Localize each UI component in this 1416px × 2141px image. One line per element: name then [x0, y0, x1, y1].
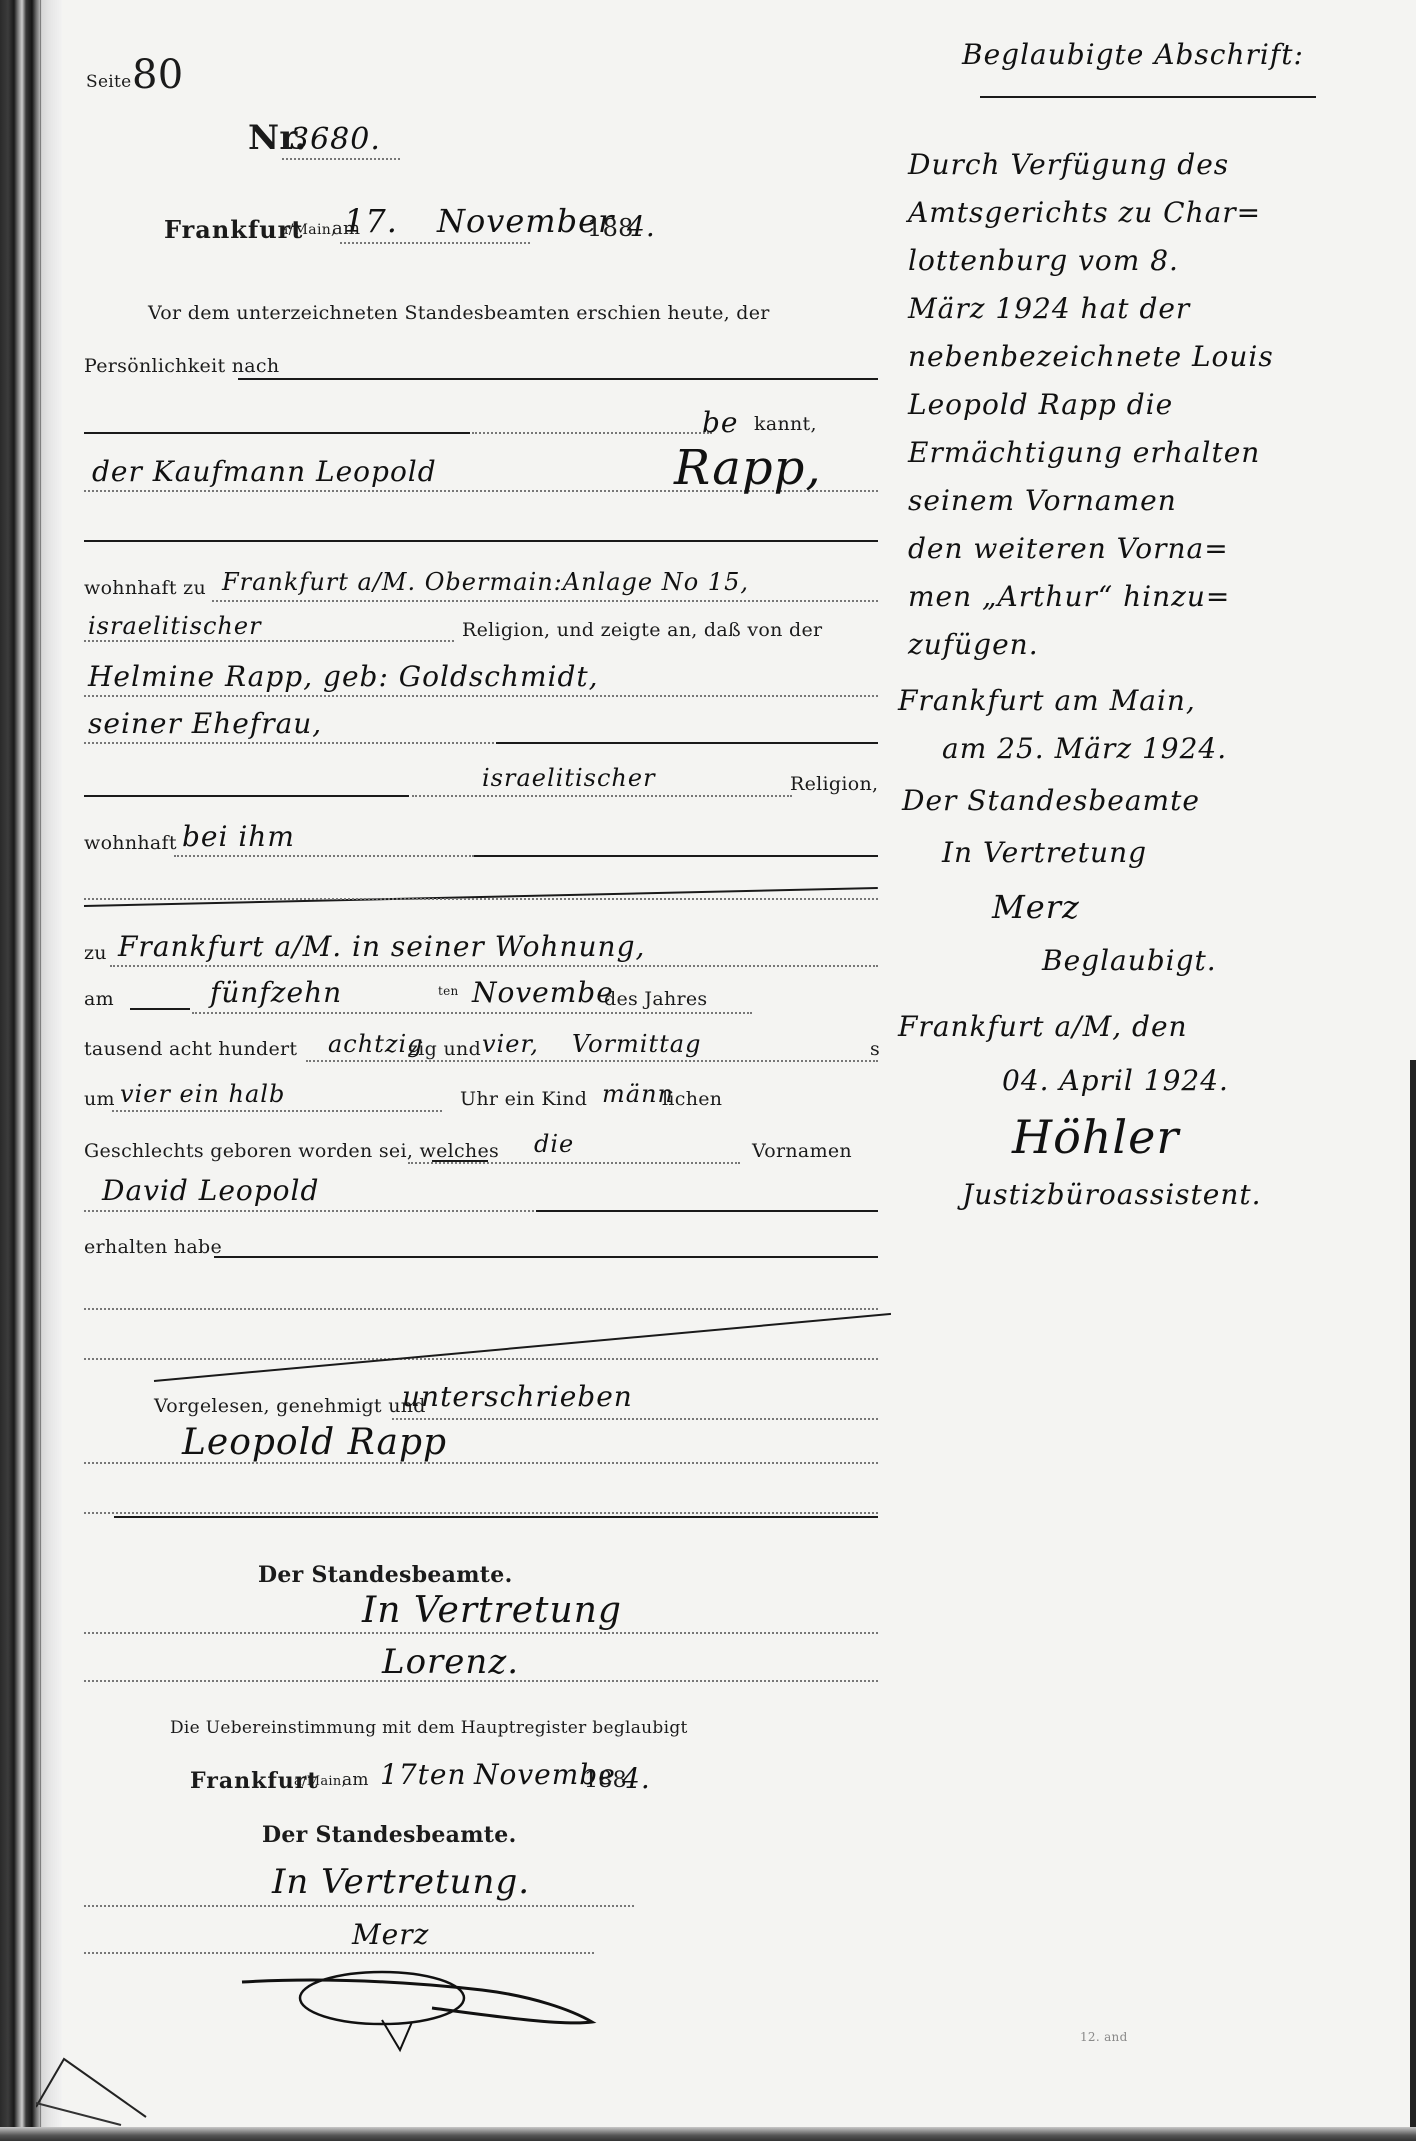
mother-name: Helmine Rapp, geb: Goldschmidt,	[88, 660, 599, 693]
declarant-surname: Rapp,	[674, 440, 822, 496]
religion-declarant: israelitischer	[88, 612, 262, 640]
book-binding	[0, 0, 62, 2141]
bekannt-printed: kannt,	[754, 413, 817, 435]
entry-number-value: 3680.	[290, 122, 381, 157]
page-bottom-edge	[0, 2127, 1416, 2141]
dotted-line	[110, 965, 878, 967]
marginal-line: Der Standesbeamte	[902, 784, 1200, 817]
ruled-line	[496, 742, 878, 744]
binding-edge-line	[40, 0, 41, 2141]
ruled-line	[84, 887, 878, 907]
geschlechts-text: Geschlechts geboren worden sei, welches	[84, 1140, 499, 1162]
lichen-text: lichen	[662, 1088, 722, 1110]
marginal-line: Ermächtigung erhalten	[908, 436, 1260, 469]
dotted-line	[84, 1308, 878, 1310]
place-suffix: a/Main,	[280, 222, 336, 238]
ruled-line	[84, 432, 470, 434]
dotted-line	[472, 432, 712, 434]
marginal-title: Beglaubigte Abschrift:	[962, 38, 1304, 71]
marginal-line: seinem Vornamen	[908, 484, 1177, 517]
page-right-edge	[1410, 1060, 1416, 2141]
ruled-line	[214, 1256, 878, 1258]
cert-place-suffix: a/Main,	[294, 1774, 346, 1789]
marginal-line: Justizbüroassistent.	[962, 1178, 1262, 1211]
dotted-line	[84, 1905, 634, 1907]
cert-official-title: Der Standesbeamte.	[262, 1822, 517, 1848]
dotted-line	[84, 640, 454, 642]
marginal-line: den weiteren Vorna=	[908, 532, 1229, 565]
wohnhaft-zu-label: wohnhaft zu	[84, 577, 206, 599]
birth-month: Novembe	[472, 976, 614, 1009]
unterschrieben-hand: unterschrieben	[402, 1380, 633, 1413]
residence-value: Frankfurt a/M. Obermain:Anlage No 15,	[222, 568, 749, 596]
declarant-occupation-name: der Kaufmann Leopold	[92, 455, 437, 488]
marginal-title-underline	[980, 96, 1316, 98]
ruled-line	[432, 1160, 488, 1162]
persoenlichkeit-label: Persönlichkeit nach	[84, 355, 279, 377]
child-given-names: David Leopold	[102, 1174, 319, 1207]
erhalten-label: erhalten habe	[84, 1236, 222, 1258]
dotted-line	[212, 600, 878, 602]
marginal-line: lottenburg vom 8.	[908, 244, 1179, 277]
time-of-day: Vormittag	[572, 1030, 701, 1058]
date-year-hand: 4.	[627, 210, 656, 243]
ruled-line	[238, 378, 878, 380]
dotted-line	[340, 242, 530, 244]
official-signature: Lorenz.	[382, 1642, 519, 1682]
dotted-line	[84, 1358, 878, 1360]
official-title: Der Standesbeamte.	[258, 1562, 513, 1588]
marginal-line: am 25. März 1924.	[942, 732, 1227, 765]
cert-date-year-hand: 4.	[622, 1762, 651, 1795]
cert-date-day: 17ten	[380, 1758, 466, 1791]
marginal-signature: Höhler	[1012, 1110, 1179, 1164]
ruled-line	[536, 1210, 878, 1212]
cert-am-label: am	[342, 1770, 369, 1790]
marginal-signature: Merz	[992, 888, 1080, 926]
register-page: Seite 80 Nr. 3680. Frankfurt a/Main, am …	[62, 0, 1410, 2127]
marginal-line: In Vertretung	[942, 836, 1147, 869]
marginal-line: März 1924 hat der	[908, 292, 1190, 325]
religion-label: Religion,	[790, 773, 878, 795]
marginal-line: Amtsgerichts zu Char=	[908, 196, 1261, 229]
seite-label: Seite	[86, 72, 132, 92]
ruled-line	[84, 540, 878, 542]
marginal-line: nebenbezeichnete Louis	[908, 340, 1274, 373]
bekannt-hand: be	[702, 406, 739, 439]
dotted-line	[282, 158, 400, 160]
wohnhaft-label: wohnhaft	[84, 832, 177, 854]
am-birth-label: am	[84, 988, 114, 1010]
zig-text: zig und	[408, 1038, 481, 1060]
marginal-line: Beglaubigt.	[1042, 944, 1217, 977]
uhr-text: Uhr ein Kind	[460, 1088, 587, 1110]
time-of-day-suffix: s	[870, 1038, 880, 1060]
dotted-line	[408, 1162, 740, 1164]
faint-stamp: 12. and	[1080, 2030, 1128, 2044]
article: die	[534, 1130, 574, 1158]
dotted-line	[306, 1060, 878, 1062]
dotted-line	[392, 1418, 878, 1420]
cancel-stroke	[154, 1313, 891, 1382]
marginal-line: Leopold Rapp die	[908, 388, 1173, 421]
jahres-text: des Jahres	[604, 988, 707, 1010]
tausend-text: tausend acht hundert	[84, 1038, 297, 1060]
dotted-line	[84, 695, 878, 697]
declarant-signature: Leopold Rapp	[182, 1422, 447, 1463]
vorgelesen-text: Vorgelesen, genehmigt und	[154, 1395, 426, 1417]
vornamen-label: Vornamen	[752, 1140, 852, 1162]
dotted-line	[192, 1012, 752, 1014]
signature-flourish-icon	[232, 1950, 632, 2060]
marginal-line: Frankfurt a/M, den	[898, 1010, 1188, 1043]
dotted-line	[84, 1512, 878, 1514]
um-label: um	[84, 1088, 115, 1110]
mother-relation: seiner Ehefrau,	[88, 707, 322, 740]
mother-residence: bei ihm	[182, 820, 295, 853]
dotted-line	[84, 742, 494, 744]
marginal-line: men „Arthur“ hinzu=	[908, 580, 1230, 613]
ruled-line	[114, 1516, 878, 1518]
ruled-line	[84, 795, 409, 797]
marginal-line: Frankfurt am Main,	[898, 684, 1196, 717]
cert-in-vertretung: In Vertretung.	[272, 1862, 530, 1902]
date-day: 17.	[344, 202, 398, 240]
ruled-line	[474, 855, 878, 857]
marginal-line: zufügen.	[908, 628, 1039, 661]
dotted-line	[84, 898, 878, 900]
birth-day-suffix: ten	[438, 984, 459, 998]
cert-signature: Merz	[352, 1918, 429, 1951]
religion-text: Religion, und zeigte an, daß von der	[462, 619, 822, 641]
intro-line: Vor dem unterzeichneten Standesbeamten e…	[148, 302, 770, 324]
marginal-line: 04. April 1924.	[1002, 1064, 1229, 1097]
ruled-line	[130, 1008, 190, 1010]
dotted-line	[84, 1210, 534, 1212]
religion-mother: israelitischer	[482, 764, 656, 792]
official-in-vertretung: In Vertretung	[362, 1590, 622, 1631]
cert-date-year-printed: 188	[584, 1768, 627, 1793]
dotted-line	[412, 795, 792, 797]
dotted-line	[112, 1110, 442, 1112]
certification-text: Die Uebereinstimmung mit dem Hauptregist…	[170, 1718, 688, 1738]
marginal-line: Durch Verfügung des	[908, 148, 1229, 181]
dotted-line	[174, 855, 474, 857]
year-units: vier,	[482, 1030, 539, 1058]
page-number: 80	[132, 52, 184, 98]
dotted-line	[84, 1632, 878, 1634]
birth-day: fünfzehn	[210, 976, 342, 1009]
birth-time: vier ein halb	[120, 1080, 285, 1108]
zu-label: zu	[84, 942, 107, 964]
birth-place: Frankfurt a/M. in seiner Wohnung,	[118, 930, 645, 963]
